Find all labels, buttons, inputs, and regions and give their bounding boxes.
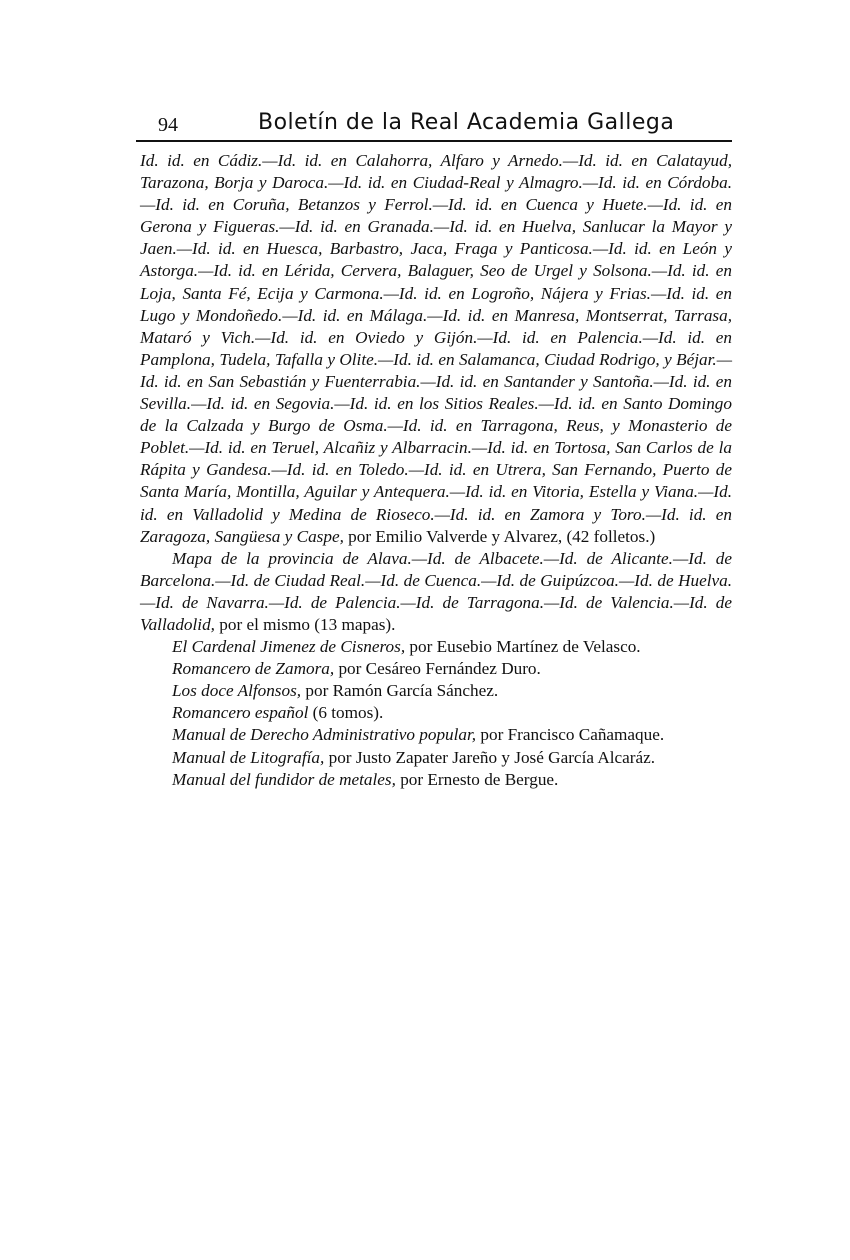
entry-title: Id. id. en Cádiz.—Id. id. en Calahorra, … [140, 151, 732, 546]
entry-author: por Justo Zapater Jareño y José García A… [324, 748, 655, 767]
running-title: Boletín de la Real Academia Gallega [258, 110, 674, 135]
entry-author: por Emilio Valverde y Alvarez, (42 folle… [344, 527, 655, 546]
entry-8: Manual del fundidor de metales, por Erne… [140, 769, 732, 791]
entry-4: Los doce Alfonsos, por Ramón García Sánc… [140, 680, 732, 702]
page-number: 94 [158, 114, 178, 137]
body-text: Id. id. en Cádiz.—Id. id. en Calahorra, … [140, 150, 732, 791]
entry-author: por Francisco Cañamaque. [476, 725, 664, 744]
entry-title: Los doce Alfonsos, [172, 681, 301, 700]
entry-author: por Ernesto de Bergue. [396, 770, 558, 789]
entry-3: Romancero de Zamora, por Cesáreo Fernánd… [140, 658, 732, 680]
document-page: 94 Boletín de la Real Academia Gallega I… [0, 0, 850, 1260]
page-header: 94 Boletín de la Real Academia Gallega [138, 108, 732, 138]
entry-author: por el mismo (13 mapas). [215, 615, 395, 634]
entry-7: Manual de Litografía, por Justo Zapater … [140, 747, 732, 769]
entry-author: por Ramón García Sánchez. [301, 681, 498, 700]
entry-5: Romancero español (6 tomos). [140, 702, 732, 724]
entry-author: por Eusebio Martínez de Velasco. [405, 637, 640, 656]
entry-title: Manual del fundidor de metales, [172, 770, 396, 789]
entry-title: Romancero de Zamora, [172, 659, 334, 678]
entry-title: Romancero español [172, 703, 308, 722]
entry-1: Mapa de la provincia de Alava.—Id. de Al… [140, 548, 732, 636]
entry-title: Manual de Litografía, [172, 748, 324, 767]
entry-author: (6 tomos). [308, 703, 383, 722]
entry-2: El Cardenal Jimenez de Cisneros, por Eus… [140, 636, 732, 658]
entry-0: Id. id. en Cádiz.—Id. id. en Calahorra, … [140, 150, 732, 548]
entry-title: El Cardenal Jimenez de Cisneros, [172, 637, 405, 656]
entry-6: Manual de Derecho Administrativo popular… [140, 724, 732, 746]
entry-title: Manual de Derecho Administrativo popular… [172, 725, 476, 744]
header-rule [136, 140, 732, 142]
entry-author: por Cesáreo Fernández Duro. [334, 659, 541, 678]
